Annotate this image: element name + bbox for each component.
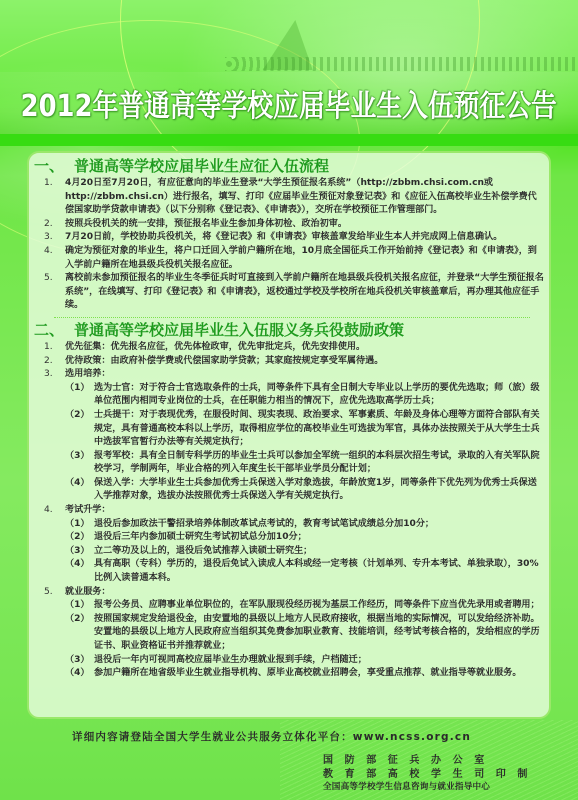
sub-item: （3）报考军校：具有全日制专科学历的毕业生士兵可以参加全军统一组织的本科层次招生… [65, 450, 550, 477]
section2-list: 1.优先征集：优先报名应征，优先体检政审，优先审批定兵，优先安排使用。2.优待政… [34, 341, 550, 681]
list-item: 3.7月20日前，学校协助兵役机关，将《登记表》和《申请表》审核盖章发给毕业生本… [44, 231, 550, 245]
section1-list: 1.4月20日至7月20日，有应征意向的毕业生登录“大学生预征报名系统”（htt… [34, 177, 550, 313]
list-item: 2.按照兵役机关的统一安排，预征报名毕业生参加身体初检、政治初审。 [44, 218, 550, 232]
item-text: 按照兵役机关的统一安排，预征报名毕业生参加身体初检、政治初审。 [65, 218, 550, 232]
more-info-text: 详细内容请登陆全国大学生就业公共服务立体化平台：www.ncss.org.cn [72, 729, 471, 744]
sub-item-text: 报考公务员、应聘事业单位职位的，在军队服现役经历视为基层工作经历，同等条件下应当… [94, 599, 550, 613]
sub-item-number: （2） [65, 613, 94, 654]
item-number: 1. [44, 177, 65, 218]
sub-item: （1）退役后参加政法干警招录培养体制改革试点考试的，教育考试笔试成绩总分加10分… [65, 518, 550, 532]
sub-item: （3）立二等功及以上的，退役后免试推荐入读硕士研究生； [65, 545, 550, 559]
sub-item-number: （1） [65, 382, 94, 409]
sub-item: （3）退役后一年内可视同高校应届毕业生办理就业报到手续，户档随迁； [65, 654, 550, 668]
item-number: 2. [44, 355, 65, 369]
sub-item-number: （1） [65, 518, 94, 532]
item-number: 2. [44, 218, 65, 232]
title-underline-strip [0, 134, 578, 146]
sub-item-text: 退役后参加政法干警招录培养体制改革试点考试的，教育考试笔试成绩总分加10分； [94, 518, 550, 532]
item-text: 7月20日前，学校协助兵役机关，将《登记表》和《申请表》审核盖章发给毕业生本人并… [65, 231, 550, 245]
item-number: 4. [44, 245, 65, 272]
item-text: 优先征集：优先报名应征，优先体检政审，优先审批定兵，优先安排使用。 [65, 341, 550, 355]
list-item: 1.4月20日至7月20日，有应征意向的毕业生登录“大学生预征报名系统”（htt… [44, 177, 550, 218]
item-text: 离校前未参加预征报名的毕业生冬季征兵时可直接到入学前户籍所在地县级兵役机关报名应… [65, 272, 550, 313]
sub-item-number: （4） [65, 477, 94, 504]
sub-item: （4）保送入学：大学毕业生士兵参加优秀士兵保送入学对象选拔，年龄放宽1岁，同等条… [65, 477, 550, 504]
section-heading: 一、普通高等学校应届毕业生应征入伍流程 [34, 156, 550, 176]
list-item: 1.优先征集：优先报名应征，优先体检政审，优先审批定兵，优先安排使用。 [44, 341, 550, 355]
sub-item-number: （4） [65, 667, 94, 681]
item-text: 考试升学： [65, 504, 550, 518]
item-text: 就业服务： [65, 586, 550, 600]
list-item: 4.确定为预征对象的毕业生，将户口迁回入学前户籍所在地，10月底全国征兵工作开始… [44, 245, 550, 272]
item-number: 5. [44, 272, 65, 313]
item-text: 4月20日至7月20日，有应征意向的毕业生登录“大学生预征报名系统”（http:… [65, 177, 550, 218]
section-divider [54, 317, 530, 318]
sub-item-number: （3） [65, 654, 94, 668]
sub-item-text: 立二等功及以上的，退役后免试推荐入读硕士研究生； [94, 545, 550, 559]
sub-item-text: 选为士官：对于符合士官选取条件的士兵，同等条件下具有全日制大专毕业以上学历的要优… [94, 382, 550, 409]
sub-item-number: （2） [65, 531, 94, 545]
list-item: 4.考试升学： [44, 504, 550, 518]
list-item: 3.选用培养： [44, 368, 550, 382]
sub-item: （1）选为士官：对于符合士官选取条件的士兵，同等条件下具有全日制大专毕业以上学历… [65, 382, 550, 409]
item-text: 选用培养： [65, 368, 550, 382]
list-item: 2.优待政策：由政府补偿学费或代偿国家助学贷款；其家庭按规定享受军属待遇。 [44, 355, 550, 369]
sub-item: （2）士兵提干：对于表现优秀，在服役时间、现实表现、政治要求、军事素质、年龄及身… [65, 409, 550, 450]
sub-item: （1）报考公务员、应聘事业单位职位的，在军队服现役经历视为基层工作经历，同等条件… [65, 599, 550, 613]
issuer-org-3: 全国高等学校学生信息咨询与就业指导中心 [323, 780, 490, 792]
sub-item-text: 保送入学：大学毕业生士兵参加优秀士兵保送入学对象选拔，年龄放宽1岁，同等条件下优… [94, 477, 550, 504]
sub-item-number: （4） [65, 558, 94, 585]
item-text: 优待政策：由政府补偿学费或代偿国家助学贷款；其家庭按规定享受军属待遇。 [65, 355, 550, 369]
sub-item-text: 按照国家规定发给退役金，由安置地的县级以上地方人民政府接收，根据当地的实际情况，… [94, 613, 550, 654]
page-title: 2012年普通高等学校应届毕业生入伍预征公告 [21, 81, 557, 125]
sub-item: （4）具有高职（专科）学历的，退役后免试入读成人本科或经一定考核（计划单列、专升… [65, 558, 550, 585]
list-item: 5.离校前未参加预征报名的毕业生冬季征兵时可直接到入学前户籍所在地县级兵役机关报… [44, 272, 550, 313]
sub-item: （4）参加户籍所在地省级毕业生就业指导机构、原毕业高校就业招聘会，享受重点推荐、… [65, 667, 550, 681]
sub-item-text: 报考军校：具有全日制专科学历的毕业生士兵可以参加全军统一组织的本科层次招生考试，… [94, 450, 550, 477]
section-heading: 二、普通高等学校应届毕业生入伍服义务兵役鼓励政策 [34, 320, 550, 340]
sub-item-text: 退役后三年内参加硕士研究生考试初试总分加10分； [94, 531, 550, 545]
item-number: 4. [44, 504, 65, 518]
issuer-org-1: 国防部征兵办公室 [323, 751, 496, 766]
sub-item: （2）退役后三年内参加硕士研究生考试初试总分加10分； [65, 531, 550, 545]
issuer-org-2: 教育部高校学生司印制 [323, 765, 539, 780]
sub-item-number: （2） [65, 409, 94, 450]
item-number: 3. [44, 368, 65, 382]
title-banner: 2012年普通高等学校应届毕业生入伍预征公告 [0, 72, 578, 134]
sub-item-number: （3） [65, 450, 94, 477]
sub-item-text: 具有高职（专科）学历的，退役后免试入读成人本科或经一定考核（计划单列、专升本考试… [94, 558, 550, 585]
item-number: 5. [44, 586, 65, 600]
list-item: 5.就业服务： [44, 586, 550, 600]
item-number: 1. [44, 341, 65, 355]
sub-item-text: 士兵提干：对于表现优秀，在服役时间、现实表现、政治要求、军事素质、年龄及身体心理… [94, 409, 550, 450]
sub-item-text: 参加户籍所在地省级毕业生就业指导机构、原毕业高校就业招聘会，享受重点推荐、就业指… [94, 667, 550, 681]
item-text: 确定为预征对象的毕业生，将户口迁回入学前户籍所在地，10月底全国征兵工作开始前持… [65, 245, 550, 272]
sub-item-number: （3） [65, 545, 94, 559]
sub-item: （2）按照国家规定发给退役金，由安置地的县级以上地方人民政府接收，根据当地的实际… [65, 613, 550, 654]
notice-content: 一、普通高等学校应届毕业生应征入伍流程 1.4月20日至7月20日，有应征意向的… [34, 154, 550, 681]
decorative-crowd-pattern [225, 57, 578, 71]
item-number: 3. [44, 231, 65, 245]
sub-item-text: 退役后一年内可视同高校应届毕业生办理就业报到手续，户档随迁； [94, 654, 550, 668]
sub-item-number: （1） [65, 599, 94, 613]
